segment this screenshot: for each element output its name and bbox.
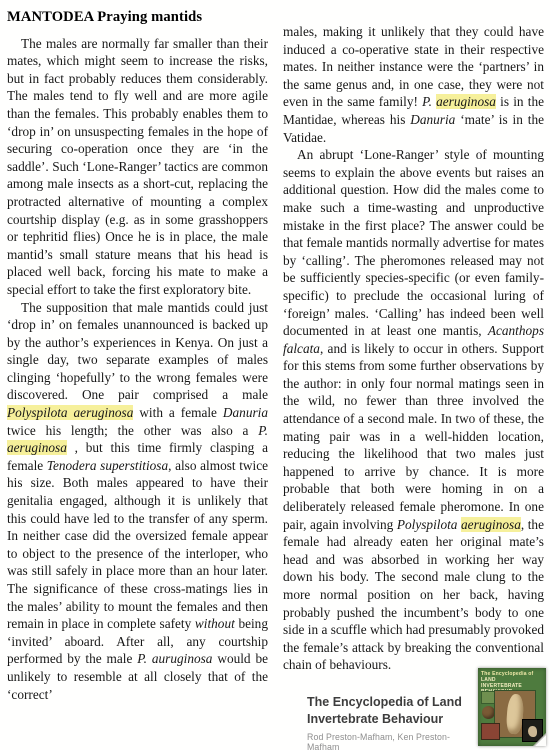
book-title-line-2: Invertebrate Behaviour	[307, 711, 477, 728]
text-run: , also almost twice his size. Both males…	[7, 458, 268, 631]
text-run: An abrupt ‘Lone-Ranger’ style of mountin…	[283, 147, 544, 338]
book-title-line-1: The Encyclopedia of Land	[307, 694, 477, 711]
highlighted-term: aeruginosa	[436, 94, 496, 109]
text-run: twice his length; the other was also a	[7, 423, 258, 438]
cover-photo-red	[481, 723, 500, 740]
highlighted-term: aeruginosa	[7, 440, 67, 455]
book-authors: Rod Preston-Mafham, Ken Preston-Mafham	[307, 732, 477, 750]
species-name: P.	[422, 94, 436, 109]
cover-title-line-2: Land Invertebrate	[481, 677, 535, 689]
text-run: , and is likely to occur in others. Supp…	[283, 341, 544, 532]
paragraph: males, making it unlikely that they coul…	[283, 23, 544, 146]
species-name: Danuria	[223, 405, 268, 420]
paragraph: An abrupt ‘Lone-Ranger’ style of mountin…	[283, 146, 544, 674]
left-column-text: The males are normally far smaller than …	[7, 35, 268, 704]
scanned-book-page: MANTODEA Praying mantids The males are n…	[0, 0, 550, 750]
text-columns: MANTODEA Praying mantids The males are n…	[7, 7, 544, 703]
species-name: without	[195, 616, 235, 631]
species-name: Polyspilota	[397, 517, 461, 532]
right-column-text: males, making it unlikely that they coul…	[283, 23, 544, 674]
species-name: P.	[258, 423, 268, 438]
text-run: The males are normally far smaller than …	[7, 36, 268, 297]
text-run: with a female	[133, 405, 223, 420]
paragraph: The males are normally far smaller than …	[7, 35, 268, 299]
right-column: males, making it unlikely that they coul…	[283, 7, 544, 703]
text-run: The supposition that male mantids could …	[7, 300, 268, 403]
book-info-footer: The Encyclopedia of Land Invertebrate Be…	[307, 694, 477, 750]
book-cover-thumbnail[interactable]: The Encyclopedia of Land Invertebrate Be…	[478, 668, 546, 746]
highlighted-term: aeruginosa	[461, 517, 521, 532]
paragraph: The supposition that male mantids could …	[7, 299, 268, 704]
left-column: MANTODEA Praying mantids The males are n…	[7, 7, 268, 703]
highlighted-term: Polyspilota aeruginosa	[7, 405, 133, 420]
page-fold-corner-icon	[535, 735, 546, 746]
text-run: , the female had already eaten her origi…	[283, 517, 544, 673]
species-name: Danuria	[410, 112, 455, 127]
species-name: P. auruginosa	[137, 651, 212, 666]
species-name: Tenodera superstitiosa	[47, 458, 168, 473]
section-heading: MANTODEA Praying mantids	[7, 9, 268, 27]
